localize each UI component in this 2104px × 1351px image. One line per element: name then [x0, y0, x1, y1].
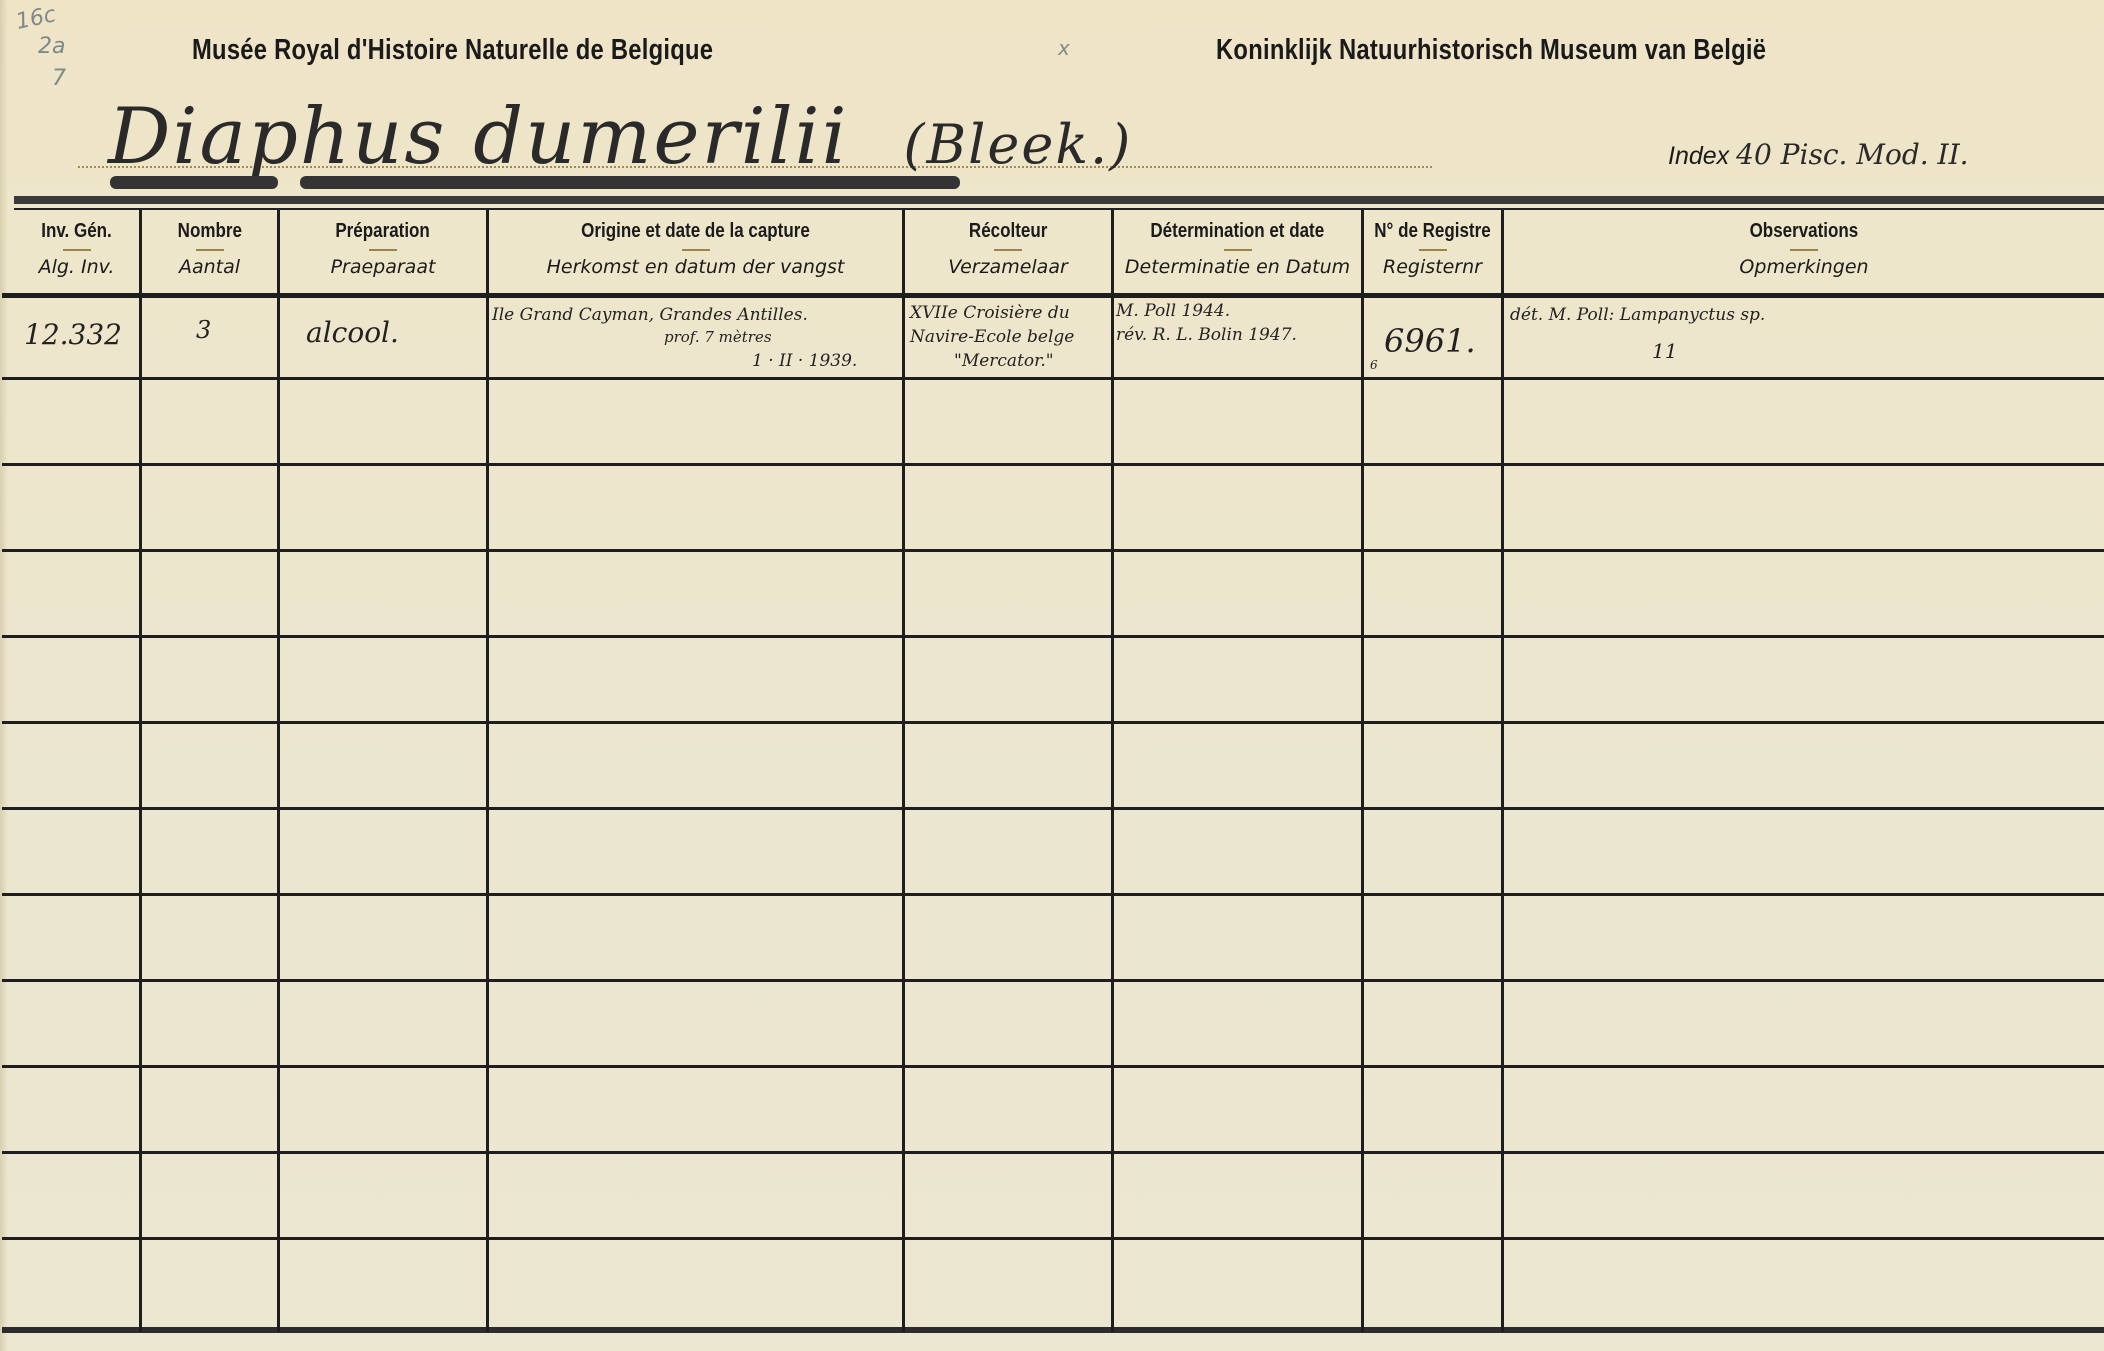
row-rule: [2, 1237, 2104, 1240]
species-author: (Bleek.): [903, 113, 1132, 176]
header-dash: [1224, 249, 1252, 251]
column-header-observations: Observations Opmerkingen: [1504, 214, 2104, 292]
cell-determination-line1: M. Poll 1944.: [1116, 300, 1230, 322]
header-dash: [994, 249, 1022, 251]
header-fr: Récolteur: [969, 220, 1047, 243]
species-epithet: dumerilii: [473, 92, 848, 182]
header-fr: Observations: [1750, 220, 1859, 243]
cell-recolteur-line3: "Mercator.": [954, 350, 1054, 372]
header-nl: Aantal: [179, 256, 240, 278]
header-fr: N° de Registre: [1374, 220, 1490, 243]
table-top-rule: [14, 196, 2104, 204]
column-header-recolteur: Récolteur Verzamelaar: [905, 214, 1111, 292]
column-divider: [277, 210, 280, 1332]
cell-origine-line1: Ile Grand Cayman, Grandes Antilles.: [492, 304, 808, 326]
row-rule: [2, 1151, 2104, 1154]
table-top-thin-rule: [14, 208, 2104, 210]
pencil-mark: x: [1058, 36, 1070, 60]
epithet-underline: [300, 176, 960, 189]
cell-observations-line1: dét. M. Poll: Lampanyctus sp.: [1510, 304, 1765, 326]
pencil-note-3: 7: [52, 66, 66, 91]
card-edge: [0, 0, 8, 1351]
header-dash: [196, 249, 224, 251]
row-rule: [2, 1065, 2104, 1068]
header-fr: Inv. Gén.: [41, 220, 112, 243]
column-divider: [1111, 210, 1114, 1332]
row-rule: [2, 377, 2104, 380]
row-rule: [2, 721, 2104, 724]
cell-determination-line2: rév. R. L. Bolin 1947.: [1116, 324, 1297, 346]
header-dash: [1790, 249, 1818, 251]
index-field: Index 40 Pisc. Mod. II.: [1668, 138, 1969, 171]
species-genus: Diaphus: [108, 92, 446, 182]
column-header-registre: N° de Registre Registernr: [1364, 214, 1501, 292]
row-rule: [2, 893, 2104, 896]
specimen-index-card: 16c 2a 7 x Musée Royal d'Histoire Nature…: [0, 0, 2104, 1351]
institution-title-fr: Musée Royal d'Histoire Naturelle de Belg…: [192, 34, 713, 67]
column-header-inv-gen: Inv. Gén. Alg. Inv.: [14, 214, 139, 292]
cell-inv-gen: 12.332: [24, 318, 122, 351]
institution-title-nl: Koninklijk Natuurhistorisch Museum van B…: [1216, 34, 1766, 67]
column-header-nombre: Nombre Aantal: [142, 214, 277, 292]
column-header-determination: Détermination et date Determinatie en Da…: [1114, 214, 1361, 292]
pencil-note-2: 2a: [38, 34, 65, 59]
column-header-origine: Origine et date de la capture Herkomst e…: [489, 214, 902, 292]
column-divider: [1501, 210, 1504, 1332]
header-nl: Verzamelaar: [948, 256, 1068, 278]
cell-registre-note: 6: [1370, 358, 1378, 372]
column-divider: [1361, 210, 1364, 1332]
header-nl: Determinatie en Datum: [1125, 256, 1350, 278]
header-bottom-rule: [2, 293, 2104, 298]
table-bottom-rule: [2, 1327, 2104, 1333]
header-nl: Registernr: [1383, 256, 1482, 278]
column-divider: [486, 210, 489, 1332]
header-dash: [682, 249, 710, 251]
species-name: Diaphus dumerilii (Bleek.): [108, 92, 1132, 182]
cell-registre: 6961.: [1384, 322, 1476, 360]
header-dash: [369, 249, 397, 251]
row-rule: [2, 549, 2104, 552]
header-nl: Alg. Inv.: [39, 256, 115, 278]
column-divider: [139, 210, 142, 1332]
cell-origine-line2: prof. 7 mètres: [664, 326, 772, 348]
cell-recolteur-line2: Navire-Ecole belge: [910, 326, 1074, 348]
row-rule: [2, 979, 2104, 982]
row-rule: [2, 635, 2104, 638]
cell-preparation: alcool.: [306, 316, 399, 349]
cell-nombre: 3: [196, 316, 211, 344]
cell-observations-line2: 11: [1652, 340, 1677, 362]
row-rule: [2, 463, 2104, 466]
header-nl: Praeparaat: [331, 256, 436, 278]
cell-recolteur-line1: XVIIe Croisière du: [910, 302, 1070, 324]
header-fr: Origine et date de la capture: [581, 220, 810, 243]
row-rule: [2, 807, 2104, 810]
header-dash: [1419, 249, 1447, 251]
index-value: 40 Pisc. Mod. II.: [1736, 138, 1968, 171]
genus-underline: [110, 176, 278, 189]
index-label: Index: [1668, 142, 1729, 170]
header-fr: Nombre: [177, 220, 241, 243]
pencil-note-1: 16c: [14, 2, 58, 35]
cell-origine-date: 1 · II · 1939.: [752, 350, 857, 372]
header-dash: [63, 249, 91, 251]
column-divider: [902, 210, 905, 1332]
header-fr: Détermination et date: [1151, 220, 1325, 243]
header-fr: Préparation: [336, 220, 430, 243]
header-nl: Opmerkingen: [1739, 256, 1868, 278]
header-nl: Herkomst en datum der vangst: [547, 256, 845, 278]
column-header-preparation: Préparation Praeparaat: [280, 214, 486, 292]
